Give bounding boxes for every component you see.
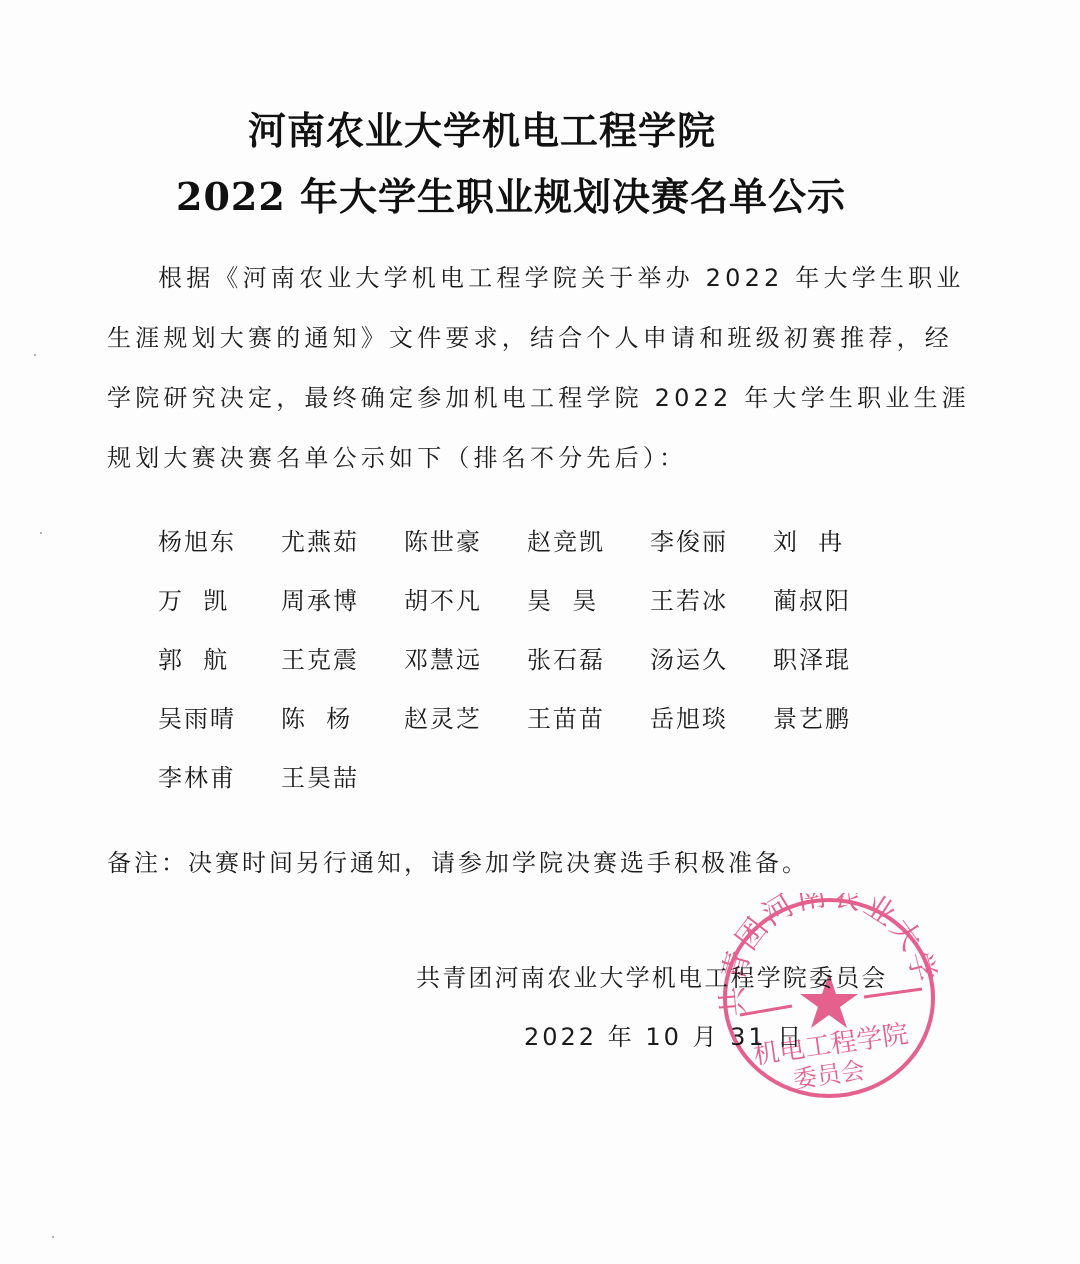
finalist-name: 陈世豪 [404,522,527,557]
finalist-name: 职泽琨 [773,640,896,675]
finalist-name: 刘 冉 [773,522,896,557]
finalist-name: 汤运久 [650,640,773,675]
document-title-line-1: 河南农业大学机电工程学院 [248,100,716,155]
finalist-names-list: 杨旭东 尤燕茹 陈世豪 赵竞凯 李俊丽 刘 冉 万 凯 周承博 胡不凡 昊 昊 … [158,522,898,817]
body-paragraph-line-2: 生涯规划大赛的通知》文件要求，结合个人申请和班级初赛推荐，经 [107,318,953,353]
finalist-name: 蔺叔阳 [773,581,896,616]
scan-speck [34,354,36,356]
finalist-name: 尤燕茹 [281,522,404,557]
scan-speck [52,1236,54,1238]
finalist-name: 吴雨晴 [158,699,281,734]
finalist-name: 赵灵芝 [404,699,527,734]
finalist-name: 陈 杨 [281,699,404,734]
names-row: 万 凯 周承博 胡不凡 昊 昊 王若冰 蔺叔阳 [158,581,898,640]
finalist-name: 岳旭琰 [650,699,773,734]
finalist-name: 李林甫 [158,758,281,793]
finalist-name: 王苗苗 [527,699,650,734]
finalist-name: 周承博 [281,581,404,616]
scan-speck [40,532,42,534]
finalist-name: 王昊喆 [281,758,404,793]
finalist-name: 郭 航 [158,640,281,675]
finalist-name: 杨旭东 [158,522,281,557]
finalist-name: 胡不凡 [404,581,527,616]
names-row: 吴雨晴 陈 杨 赵灵芝 王苗苗 岳旭琰 景艺鹏 [158,699,898,758]
official-seal-stamp: 共青团河南农业大学 机电工程学院 委员会 [718,893,940,1103]
seal-icon: 共青团河南农业大学 机电工程学院 委员会 [718,893,940,1103]
document-page: 河南农业大学机电工程学院 2022 年大学生职业规划决赛名单公示 根据《河南农业… [0,0,1080,1264]
issuer-signature: 共青团河南农业大学机电工程学院委员会 [416,958,888,993]
finalist-name: 赵竞凯 [527,522,650,557]
finalist-name: 李俊丽 [650,522,773,557]
issue-date: 2022 年 10 月 31 日 [524,1017,804,1052]
finalist-name: 万 凯 [158,581,281,616]
finalist-name: 张石磊 [527,640,650,675]
names-row: 杨旭东 尤燕茹 陈世豪 赵竞凯 李俊丽 刘 冉 [158,522,898,581]
body-paragraph-line-4: 规划大赛决赛名单公示如下（排名不分先后）： [107,438,687,473]
body-paragraph-line-3: 学院研究决定，最终确定参加机电工程学院 2022 年大学生职业生涯 [107,378,970,413]
names-row: 李林甫 王昊喆 [158,758,898,817]
finalist-name: 景艺鹏 [773,699,896,734]
finalist-name: 邓慧远 [404,640,527,675]
names-row: 郭 航 王克震 邓慧远 张石磊 汤运久 职泽琨 [158,640,898,699]
finalist-name: 王若冰 [650,581,773,616]
finalist-name: 王克震 [281,640,404,675]
remark-note: 备注：决赛时间另行通知，请参加学院决赛选手积极准备。 [107,843,809,878]
finalist-name: 昊 昊 [527,581,650,616]
body-paragraph-line-1: 根据《河南农业大学机电工程学院关于举办 2022 年大学生职业 [158,258,965,293]
document-title-line-2: 2022 年大学生职业规划决赛名单公示 [176,166,846,221]
